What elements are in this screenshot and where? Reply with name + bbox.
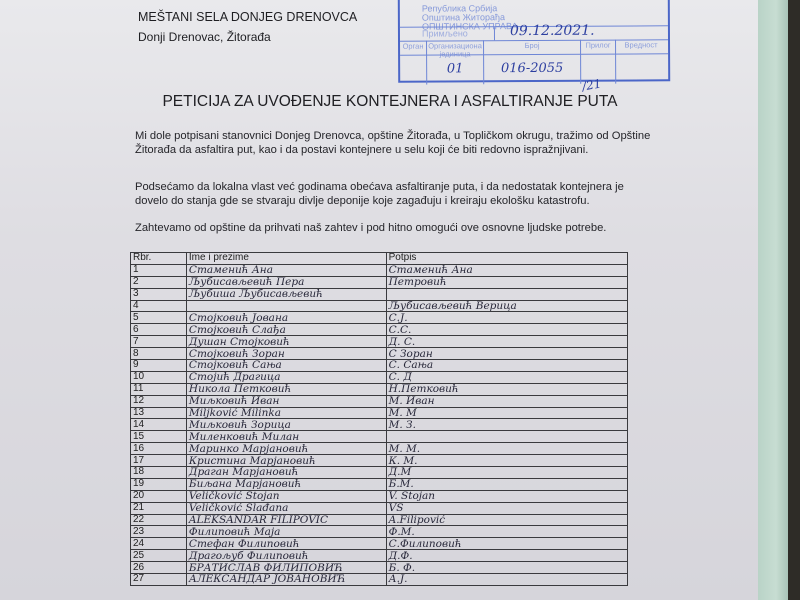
signer-signature: Д.Ф. bbox=[386, 550, 627, 562]
table-row: 27АЛЕКСАНДАР ЈОВАНОВИЋА.Ј. bbox=[131, 574, 628, 586]
col-signature-header: Potpis bbox=[386, 253, 627, 265]
background-binder bbox=[758, 0, 788, 600]
row-number: 16 bbox=[131, 443, 187, 455]
sender-location: Donji Drenovac, Žitorađa bbox=[138, 30, 271, 44]
row-number: 1 bbox=[131, 264, 187, 276]
row-number: 8 bbox=[131, 348, 187, 360]
signer-name: Стојковић Зоран bbox=[186, 348, 386, 360]
row-number: 5 bbox=[131, 312, 187, 324]
table-header-row: Rbr. Ime i prezime Potpis bbox=[131, 253, 628, 265]
row-number: 23 bbox=[131, 526, 187, 538]
signer-signature: М. З. bbox=[386, 419, 627, 431]
signer-signature: С. Д bbox=[386, 371, 627, 383]
stamp-received-date: 09.12.2021. bbox=[510, 23, 595, 39]
signer-signature: С.Филиповић bbox=[386, 538, 627, 550]
row-number: 2 bbox=[131, 276, 187, 288]
signer-name: АЛЕКСАНДАР ЈОВАНОВИЋ bbox=[186, 574, 386, 586]
table-row: 10Стојић ДрагицаС. Д bbox=[131, 371, 628, 383]
row-number: 22 bbox=[131, 514, 187, 526]
signer-signature: К. М. bbox=[386, 455, 627, 467]
table-row: 12Миљковић ИванМ. Иван bbox=[131, 395, 628, 407]
signer-name: Стојковић Јована bbox=[186, 312, 386, 324]
row-number: 9 bbox=[131, 360, 187, 372]
stamp-grid: Орган Организациона јединица01 Број016-2… bbox=[400, 39, 668, 78]
row-number: 26 bbox=[131, 562, 187, 574]
row-number: 14 bbox=[131, 419, 187, 431]
signer-name: Драган Марјановић bbox=[186, 467, 386, 479]
signer-signature: М. Иван bbox=[386, 395, 627, 407]
signer-name: Никола Петковић bbox=[186, 383, 386, 395]
signer-signature bbox=[386, 431, 627, 443]
row-number: 4 bbox=[131, 300, 187, 312]
signer-name: Миљковић Иван bbox=[186, 395, 386, 407]
row-number: 11 bbox=[131, 383, 187, 395]
signer-signature: С. Сања bbox=[386, 360, 627, 372]
signer-name bbox=[186, 300, 386, 312]
signer-signature: Стаменић Ана bbox=[386, 264, 627, 276]
signer-signature: Н.Петковић bbox=[386, 383, 627, 395]
signer-name: Стојковић Слађа bbox=[186, 324, 386, 336]
petition-page: MEŠTANI SELA DONJEG DRENOVCA Donji Dreno… bbox=[0, 0, 760, 600]
table-row: 20Veličković StojanV. Stojan bbox=[131, 490, 628, 502]
signature-table: Rbr. Ime i prezime Potpis 1Стаменић АнаС… bbox=[130, 252, 628, 586]
row-number: 24 bbox=[131, 538, 187, 550]
table-row: 23Филиповић МајаФ.М. bbox=[131, 526, 628, 538]
signer-name: ALEKSANDAR FILIPOVIĆ bbox=[186, 514, 386, 526]
col-number-header: Rbr. bbox=[131, 253, 187, 265]
signer-signature: Б.М. bbox=[386, 478, 627, 490]
row-number: 10 bbox=[131, 371, 187, 383]
row-number: 7 bbox=[131, 336, 187, 348]
signer-signature: С.С. bbox=[386, 324, 627, 336]
signer-name: Veličković Stojan bbox=[186, 490, 386, 502]
signer-name: Миљковић Зорица bbox=[186, 419, 386, 431]
table-row: 16Маринко МарјановићМ. М. bbox=[131, 443, 628, 455]
table-row: 5Стојковић ЈованаС.Ј. bbox=[131, 312, 628, 324]
signer-name: Душан Стојковић bbox=[186, 336, 386, 348]
signer-signature: Б. Ф. bbox=[386, 562, 627, 574]
signer-signature: A.Filipović bbox=[386, 514, 627, 526]
stamp-unit-value: 01 bbox=[427, 61, 483, 76]
signer-signature: М. М bbox=[386, 407, 627, 419]
signer-name: Љубиша Љубисављевић bbox=[186, 288, 386, 300]
table-row: 21Veličković SlađanaVS bbox=[131, 502, 628, 514]
table-row: 24Стефан ФилиповићС.Филиповић bbox=[131, 538, 628, 550]
stamp-number-value: 016-2055 bbox=[484, 61, 580, 77]
signer-name: Маринко Марјановић bbox=[186, 443, 386, 455]
paragraph-request: Mi dole potpisani stanovnici Donjeg Dren… bbox=[135, 130, 655, 157]
signer-signature: V. Stojan bbox=[386, 490, 627, 502]
paragraph-demand: Zahtevamo od opštine da prihvati naš zah… bbox=[135, 222, 655, 236]
paragraph-reminder: Podsećamo da lokalna vlast već godinama … bbox=[135, 181, 655, 208]
signer-signature: С.Ј. bbox=[386, 312, 627, 324]
signer-name: Стефан Филиповић bbox=[186, 538, 386, 550]
signer-name: БРАТИСЛАВ ФИЛИПОВИЋ bbox=[186, 562, 386, 574]
signer-signature: М. М. bbox=[386, 443, 627, 455]
table-row: 15Миленковић Милан bbox=[131, 431, 628, 443]
table-row: 4Љубисављевић Верица bbox=[131, 300, 628, 312]
signer-signature: VS bbox=[386, 502, 627, 514]
row-number: 13 bbox=[131, 407, 187, 419]
row-number: 25 bbox=[131, 550, 187, 562]
signer-name: Филиповић Маја bbox=[186, 526, 386, 538]
row-number: 27 bbox=[131, 574, 187, 586]
row-number: 18 bbox=[131, 467, 187, 479]
sender-name: MEŠTANI SELA DONJEG DRENOVCA bbox=[138, 10, 357, 24]
row-number: 12 bbox=[131, 395, 187, 407]
table-row: 8Стојковић ЗоранС Зоран bbox=[131, 348, 628, 360]
signer-signature: Д. С. bbox=[386, 336, 627, 348]
row-number: 6 bbox=[131, 324, 187, 336]
table-row: 9Стојковић СањаС. Сања bbox=[131, 360, 628, 372]
table-row: 22ALEKSANDAR FILIPOVIĆA.Filipović bbox=[131, 514, 628, 526]
table-row: 25Драгољуб ФилиповићД.Ф. bbox=[131, 550, 628, 562]
signer-signature: А.Ј. bbox=[386, 574, 627, 586]
table-row: 26БРАТИСЛАВ ФИЛИПОВИЋБ. Ф. bbox=[131, 562, 628, 574]
table-row: 18Драган МарјановићД.М bbox=[131, 467, 628, 479]
signer-signature: Петровић bbox=[386, 276, 627, 288]
signer-name: Љубисављевић Пера bbox=[186, 276, 386, 288]
row-number: 17 bbox=[131, 455, 187, 467]
signer-name: Драгољуб Филиповић bbox=[186, 550, 386, 562]
signer-name: Стаменић Ана bbox=[186, 264, 386, 276]
signer-name: Стојковић Сања bbox=[186, 360, 386, 372]
table-row: 11Никола ПетковићН.Петковић bbox=[131, 383, 628, 395]
signer-signature: Љубисављевић Верица bbox=[386, 300, 627, 312]
table-row: 3Љубиша Љубисављевић bbox=[131, 288, 628, 300]
background-edge bbox=[788, 0, 800, 600]
table-row: 14Миљковић ЗорицаМ. З. bbox=[131, 419, 628, 431]
table-row: 6Стојковић СлађаС.С. bbox=[131, 324, 628, 336]
table-row: 2Љубисављевић ПераПетровић bbox=[131, 276, 628, 288]
table-row: 17Кристина МарјановићК. М. bbox=[131, 455, 628, 467]
signer-signature: Д.М bbox=[386, 467, 627, 479]
signer-name: Miljković Milinka bbox=[186, 407, 386, 419]
col-name-header: Ime i prezime bbox=[186, 253, 386, 265]
signer-signature bbox=[386, 288, 627, 300]
signer-name: Миленковић Милан bbox=[186, 431, 386, 443]
petition-title: PETICIJA ZA UVOĐENJE KONTEJNERA I ASFALT… bbox=[130, 93, 650, 111]
table-row: 19Биљана МарјановићБ.М. bbox=[131, 478, 628, 490]
signer-name: Кристина Марјановић bbox=[186, 455, 386, 467]
table-row: 13Miljković MilinkaМ. М bbox=[131, 407, 628, 419]
table-row: 7Душан СтојковићД. С. bbox=[131, 336, 628, 348]
row-number: 3 bbox=[131, 288, 187, 300]
row-number: 15 bbox=[131, 431, 187, 443]
signer-signature: Ф.М. bbox=[386, 526, 627, 538]
signer-name: Veličković Slađana bbox=[186, 502, 386, 514]
signer-name: Биљана Марјановић bbox=[186, 478, 386, 490]
row-number: 19 bbox=[131, 478, 187, 490]
stamp-number-suffix: /21 bbox=[581, 76, 602, 93]
signer-name: Стојић Драгица bbox=[186, 371, 386, 383]
row-number: 21 bbox=[131, 502, 187, 514]
signer-signature: С Зоран bbox=[386, 348, 627, 360]
registry-stamp: Република Србија Општина Житорађа ОПШТИН… bbox=[398, 0, 670, 83]
row-number: 20 bbox=[131, 490, 187, 502]
table-row: 1Стаменић АнаСтаменић Ана bbox=[131, 264, 628, 276]
